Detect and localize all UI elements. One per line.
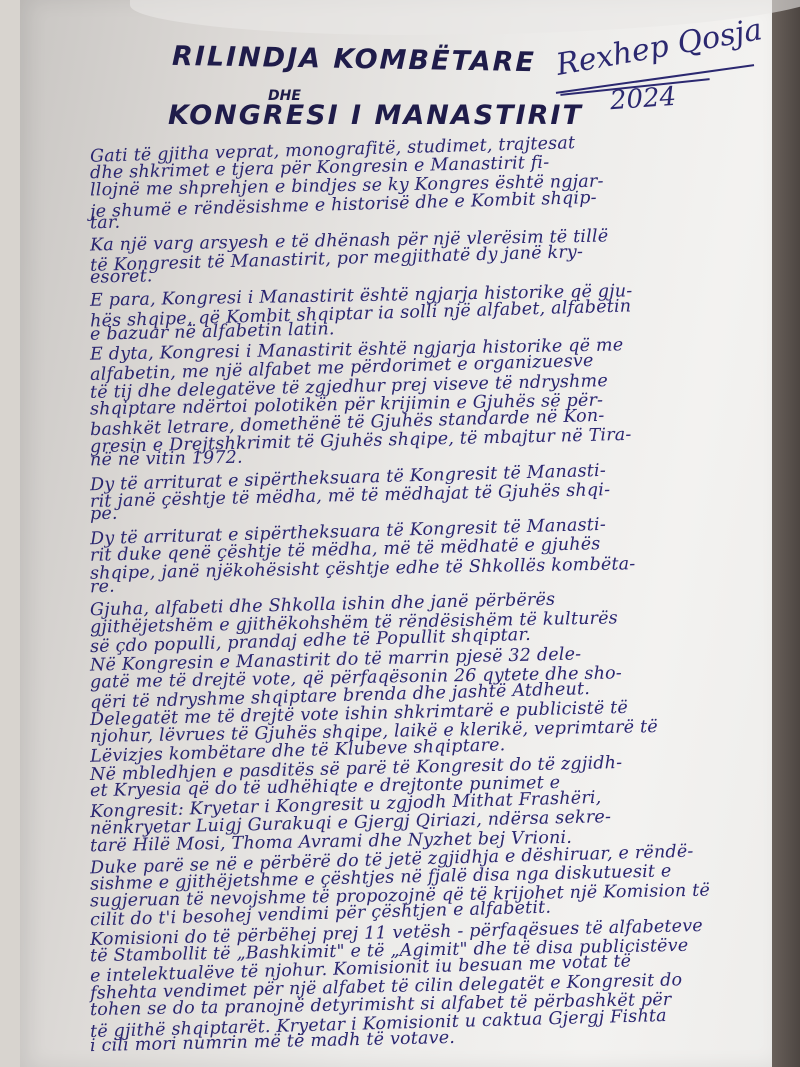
text-line: pe. (90, 504, 118, 524)
title-line-1: RILINDJA KOMBËTARE (172, 41, 536, 78)
title-line-2: KONGRESI I MANASTIRIT (168, 100, 583, 131)
background-right-edge (770, 0, 800, 1067)
text-line: në në vitin 1972. (90, 448, 243, 471)
text-line: esoret. (90, 267, 153, 288)
text-line: re. (90, 576, 115, 597)
year: 2024 (609, 82, 677, 117)
background-left-edge (0, 0, 22, 1067)
text-line: tar. (90, 212, 121, 233)
